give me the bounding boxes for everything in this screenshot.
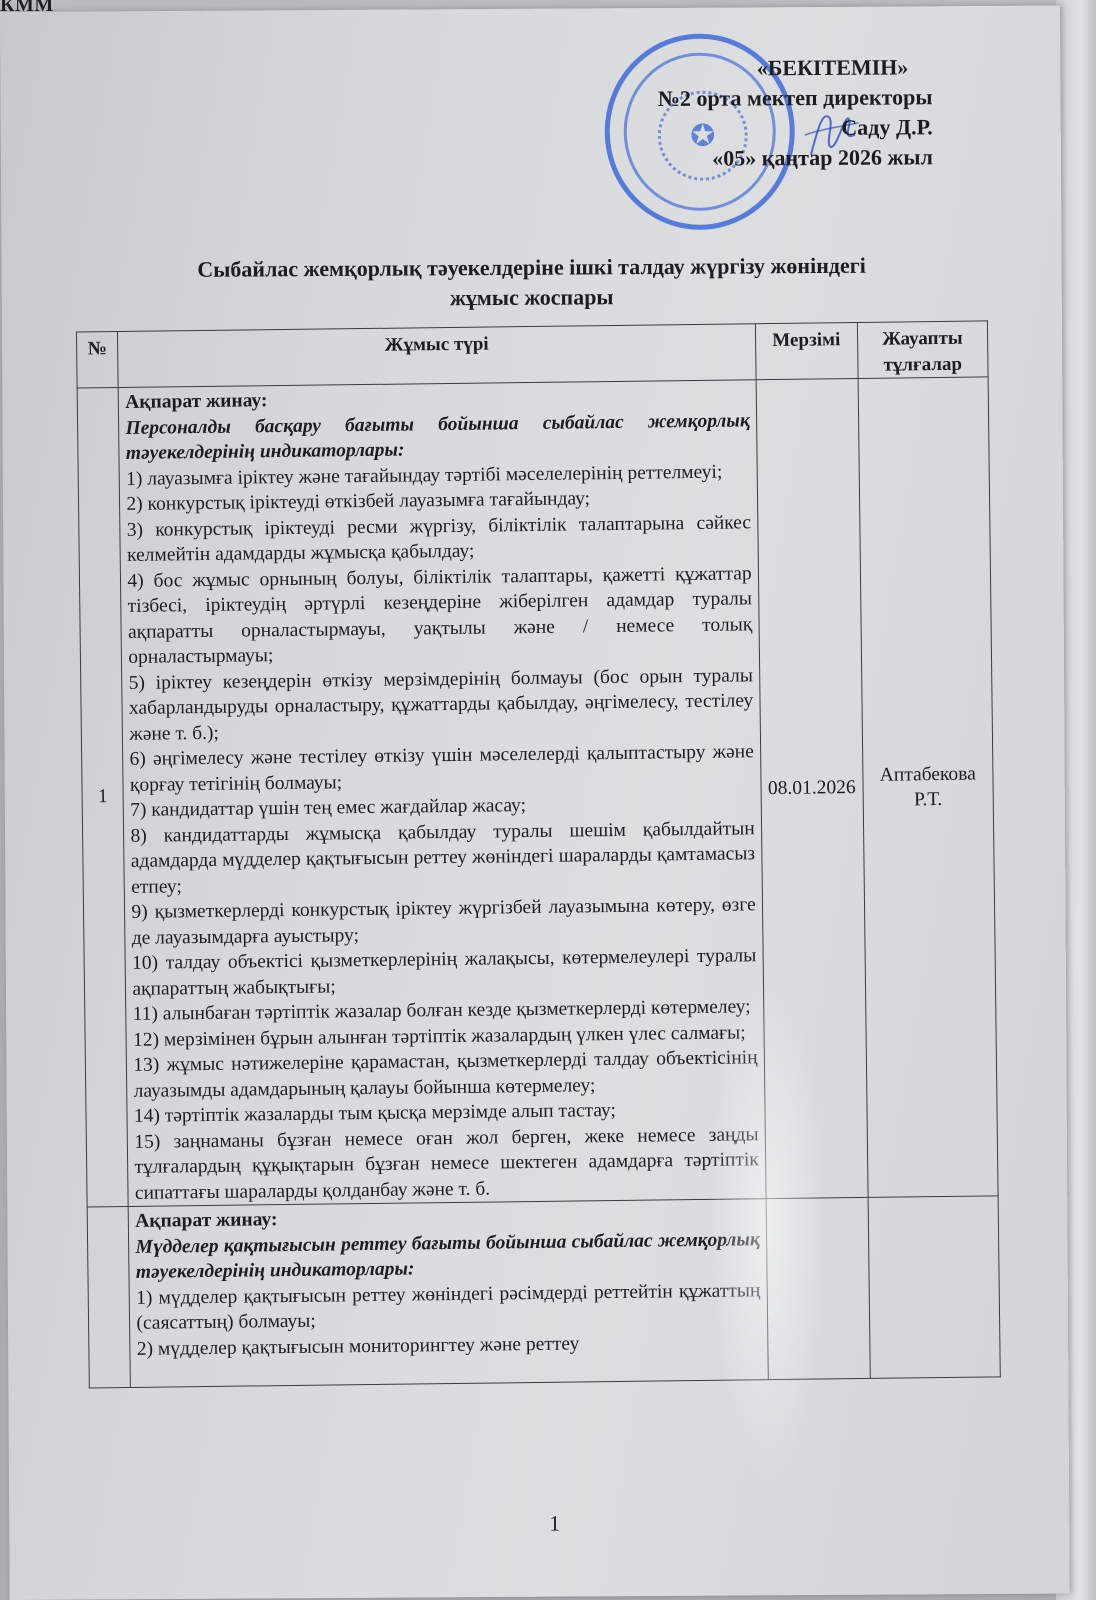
table-row: Ақпарат жинау: Мүдделер қақтығысын ретте…: [87, 1196, 1000, 1388]
list-item: 8) кандидаттарды жұмысқа қабылдау туралы…: [130, 816, 755, 900]
list-item: 5) іріктеу кезеңдерін өткізу мерзімдерін…: [129, 663, 754, 747]
document-title: Сыбайлас жемқорлық тәуекелдеріне ішкі та…: [111, 250, 951, 315]
approval-title: «БЕКІТЕМІН»: [658, 52, 909, 84]
approval-position: №2 орта мектеп директоры: [658, 82, 933, 114]
list-item: 6) әңгімелесу және тестілеу өткізу үшін …: [129, 739, 754, 798]
list-item: 9) қызметкерлерді конкурстық іріктеу жүр…: [131, 892, 756, 951]
section-subheading: Персоналды басқару бағыты бойынша сыбайл…: [125, 408, 750, 467]
indicator-list: 1) мүдделер қақтығысын реттеу жөніндегі …: [136, 1278, 761, 1362]
header-no: №: [76, 332, 118, 389]
approval-block: «БЕКІТЕМІН» №2 орта мектеп директоры Сад…: [658, 52, 933, 174]
approval-name: Саду Д.Р.: [658, 112, 933, 144]
header-work-type: Жұмыс түрі: [118, 324, 756, 388]
indicator-list: 1) лауазымға іріктеу және тағайындау тәр…: [126, 459, 759, 1206]
work-description: Ақпарат жинау: Персоналды басқару бағыты…: [119, 380, 766, 1207]
list-item: 4) бос жұмыс орнының болуы, біліктілік т…: [127, 561, 752, 671]
document-page: ✪ «БЕКІТЕМІН» №2 орта мектеп директоры С…: [0, 6, 1070, 1600]
deadline-cell: [766, 1197, 870, 1379]
row-number: [87, 1206, 131, 1387]
table-row: 1 Ақпарат жинау: Персоналды басқару бағы…: [77, 377, 998, 1207]
list-item: 10) талдау объектісі қызметкерлерінің жа…: [132, 943, 757, 1002]
list-item: 15) заңнаманы бұзған немесе оған жол бер…: [134, 1122, 759, 1206]
section-subheading: Мүдделер қақтығысын реттеу бағыты бойынш…: [135, 1227, 760, 1286]
responsible-cell: [868, 1196, 1001, 1379]
document-title-line1: Сыбайлас жемқорлық тәуекелдеріне ішкі та…: [111, 250, 951, 285]
page-number: 1: [549, 1511, 560, 1537]
work-description: Ақпарат жинау: Мүдделер қақтығысын ретте…: [129, 1199, 768, 1388]
header-deadline: Мерзімі: [755, 322, 858, 379]
approval-date: «05» қаңтар 2026 жыл: [658, 142, 933, 174]
header-responsible: Жауапты тұлғалар: [857, 321, 988, 379]
work-plan-table: № Жұмыс түрі Мерзімі Жауапты тұлғалар 1 …: [76, 320, 1001, 1388]
deadline-cell: 08.01.2026: [756, 378, 868, 1198]
document-title-line2: жұмыс жоспары: [112, 280, 952, 315]
list-item: 3) конкурстық іріктеуді ресми жүргізу, б…: [127, 510, 752, 569]
list-item: 1) мүдделер қақтығысын реттеу жөніндегі …: [136, 1278, 761, 1337]
responsible-cell: Аптабекова Р.Т.: [858, 377, 998, 1198]
list-item: 13) жұмыс нәтижелеріне қарамастан, қызме…: [133, 1045, 758, 1104]
